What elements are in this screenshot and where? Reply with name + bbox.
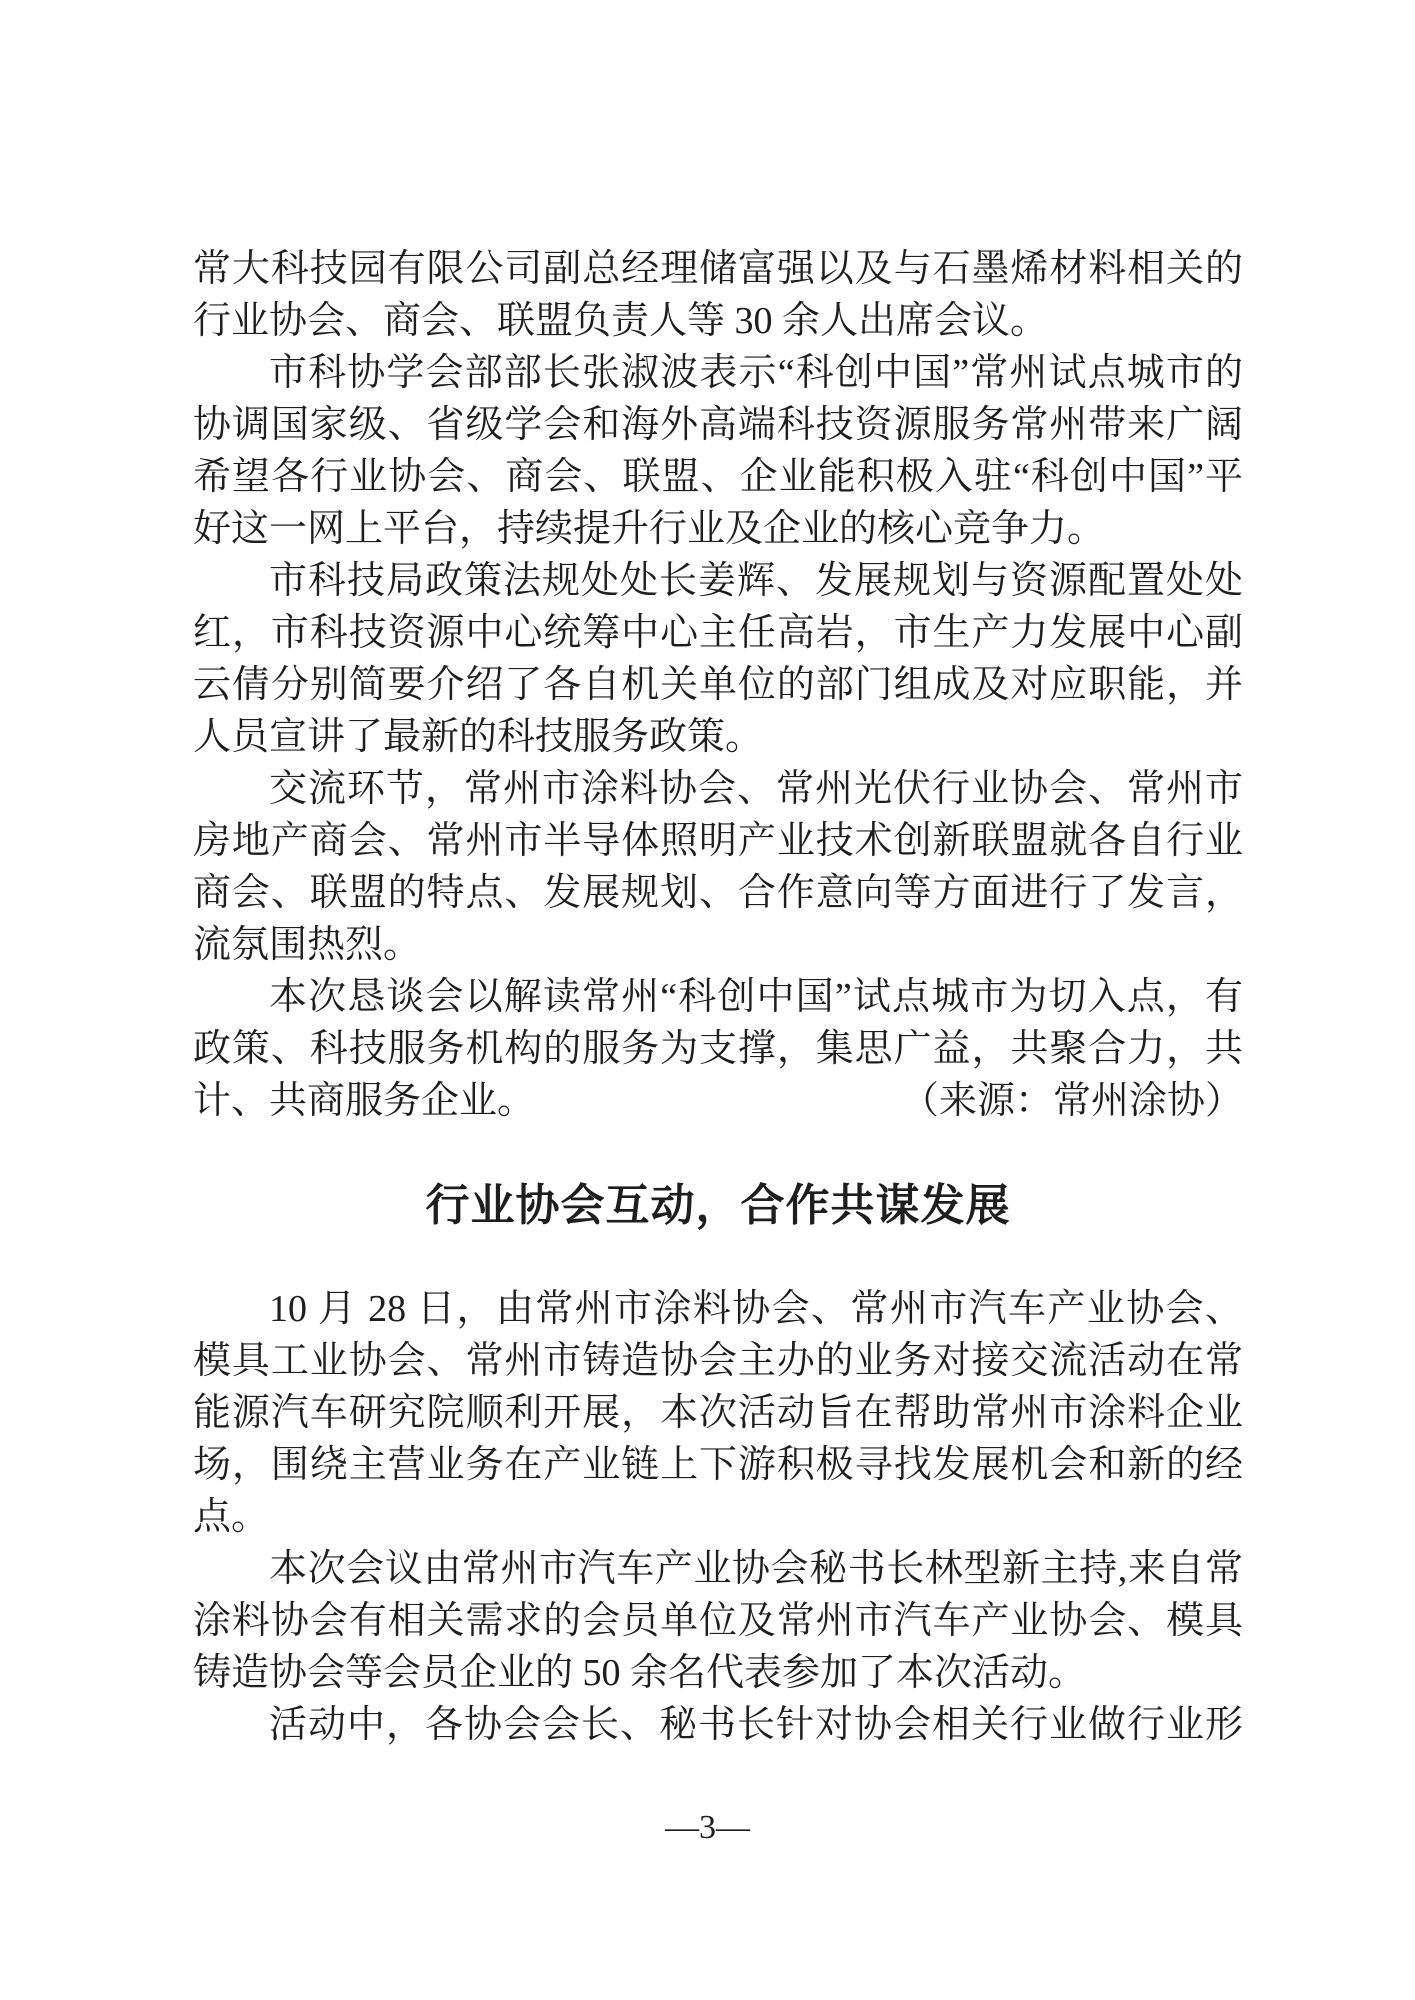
text-line: 协调国家级、省级学会和海外高端科技资源服务常州带来广阔前景。 — [193, 399, 1243, 451]
text-line: 能源汽车研究院顺利开展，本次活动旨在帮助常州市涂料企业开拓市 — [193, 1387, 1243, 1439]
text-line: 活动中，各协会会长、秘书长针对协会相关行业做行业形势与现 — [193, 1699, 1243, 1751]
text-line: 场，围绕主营业务在产业链上下游积极寻找发展机会和新的经济增长 — [193, 1439, 1243, 1491]
text-line: 常大科技园有限公司副总经理储富强以及与石墨烯材料相关的 10 家 — [193, 243, 1243, 295]
page-number: —3— — [0, 1806, 1415, 1850]
text-line: 好这一网上平台，持续提升行业及企业的核心竞争力。 — [193, 503, 1243, 555]
text-line: 交流环节，常州市涂料协会、常州光伏行业协会、常州市武进区 — [193, 763, 1243, 815]
text-line: 涂料协会有相关需求的会员单位及常州市汽车产业协会、模具协会、 — [193, 1595, 1243, 1647]
article-title: 行业协会互动，合作共谋发展 — [193, 1175, 1243, 1237]
text-line: 行业协会、商会、联盟负责人等 30 余人出席会议。 — [193, 295, 1243, 347]
text-line: 云倩分别简要介绍了各自机关单位的部门组成及对应职能，并向参会 — [193, 659, 1243, 711]
text-line: 政策、科技服务机构的服务为支撑，集思广益，共聚合力，共议、共 — [193, 1023, 1243, 1075]
source-attribution: （来源：常州涂协） — [901, 1075, 1243, 1127]
text-line: 商会、联盟的特点、发展规划、合作意向等方面进行了发言，现场交 — [193, 867, 1243, 919]
document-page: 常大科技园有限公司副总经理储富强以及与石墨烯材料相关的 10 家 行业协会、商会… — [0, 0, 1415, 2000]
text-line: 铸造协会等会员企业的 50 余名代表参加了本次活动。 — [193, 1647, 1243, 1699]
text-line: 市科技局政策法规处处长姜辉、发展规划与资源配置处处长袁寄 — [193, 555, 1243, 607]
article2-body: 10 月 28 日，由常州市涂料协会、常州市汽车产业协会、常州市 模具工业协会、… — [193, 1283, 1243, 1751]
text-line: 希望各行业协会、商会、联盟、企业能积极入驻“科创中国”平台，用 — [193, 451, 1243, 503]
text-line: 流氛围热烈。 — [193, 919, 1243, 971]
text-line: 本次恳谈会以解读常州“科创中国”试点城市为切入点，有关科技 — [193, 971, 1243, 1023]
text-line: 红，市科技资源中心统筹中心主任高岩，市生产力发展中心副主任殷 — [193, 607, 1243, 659]
text-line: 房地产商会、常州市半导体照明产业技术创新联盟就各自行业协会、 — [193, 815, 1243, 867]
text-line: 计、共商服务企业。 （来源：常州涂协） — [193, 1075, 1243, 1127]
page-content: 常大科技园有限公司副总经理储富强以及与石墨烯材料相关的 10 家 行业协会、商会… — [193, 243, 1243, 1751]
text-line: 人员宣讲了最新的科技服务政策。 — [193, 711, 1243, 763]
text-line: 10 月 28 日，由常州市涂料协会、常州市汽车产业协会、常州市 — [193, 1283, 1243, 1335]
text-line: 本次会议由常州市汽车产业协会秘书长林型新主持,来自常州市 — [193, 1543, 1243, 1595]
text-line: 市科协学会部部长张淑波表示“科创中国”常州试点城市的机遇为 — [193, 347, 1243, 399]
paragraph-end-text: 计、共商服务企业。 — [193, 1075, 535, 1127]
text-line: 模具工业协会、常州市铸造协会主办的业务对接交流活动在常州市新 — [193, 1335, 1243, 1387]
text-line: 点。 — [193, 1491, 1243, 1543]
